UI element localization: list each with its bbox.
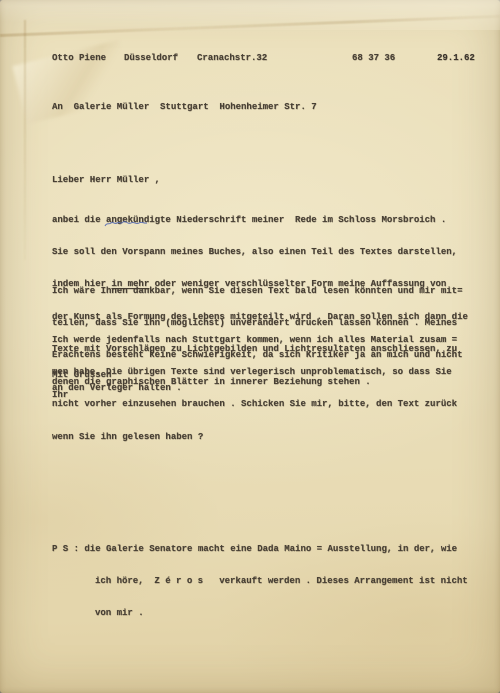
letter-page: Otto Piene Düsseldorf Cranachstr.32 68 3… xyxy=(0,0,500,693)
sender-street: Cranachstr.32 xyxy=(197,53,267,64)
closing-greeting: Mit Grüssen xyxy=(52,370,111,381)
sender-city: Düsseldorf xyxy=(124,53,178,64)
body-line: Sie soll den Vorspann meines Buches, als… xyxy=(52,247,468,258)
sender-name: Otto Piene xyxy=(52,53,106,64)
body-line: Ich werde jedenfalls nach Stuttgart komm… xyxy=(52,335,457,346)
body-line: Ich wäre Ihnen dankbar, wenn Sie diesen … xyxy=(52,286,462,297)
paper-left-crease xyxy=(24,20,26,260)
handwritten-annotation xyxy=(103,219,153,229)
body-line: ich höre, Z é r o s verkauft werden . Di… xyxy=(52,576,468,587)
closing-signature: Ihr xyxy=(52,390,68,401)
body-line: P S : die Galerie Senatore macht eine Da… xyxy=(52,544,468,555)
salutation: Lieber Herr Müller , xyxy=(52,175,160,186)
body-line: wenn Sie ihn gelesen haben ? xyxy=(52,432,457,443)
sender-phone: 68 37 36 xyxy=(352,53,395,64)
recipient-line: An Galerie Müller Stuttgart Hohenheimer … xyxy=(52,102,317,113)
paragraph-3: Ich werde jedenfalls nach Stuttgart komm… xyxy=(52,313,457,464)
body-line: nicht vorher einzusehen brauchen . Schic… xyxy=(52,399,457,410)
letter-date: 29.1.62 xyxy=(437,53,475,64)
body-line: von mir . xyxy=(52,608,468,619)
postscript: P S : die Galerie Senatore macht eine Da… xyxy=(52,522,468,641)
body-line: men habe. Die übrigen Texte sind verlege… xyxy=(52,367,457,378)
